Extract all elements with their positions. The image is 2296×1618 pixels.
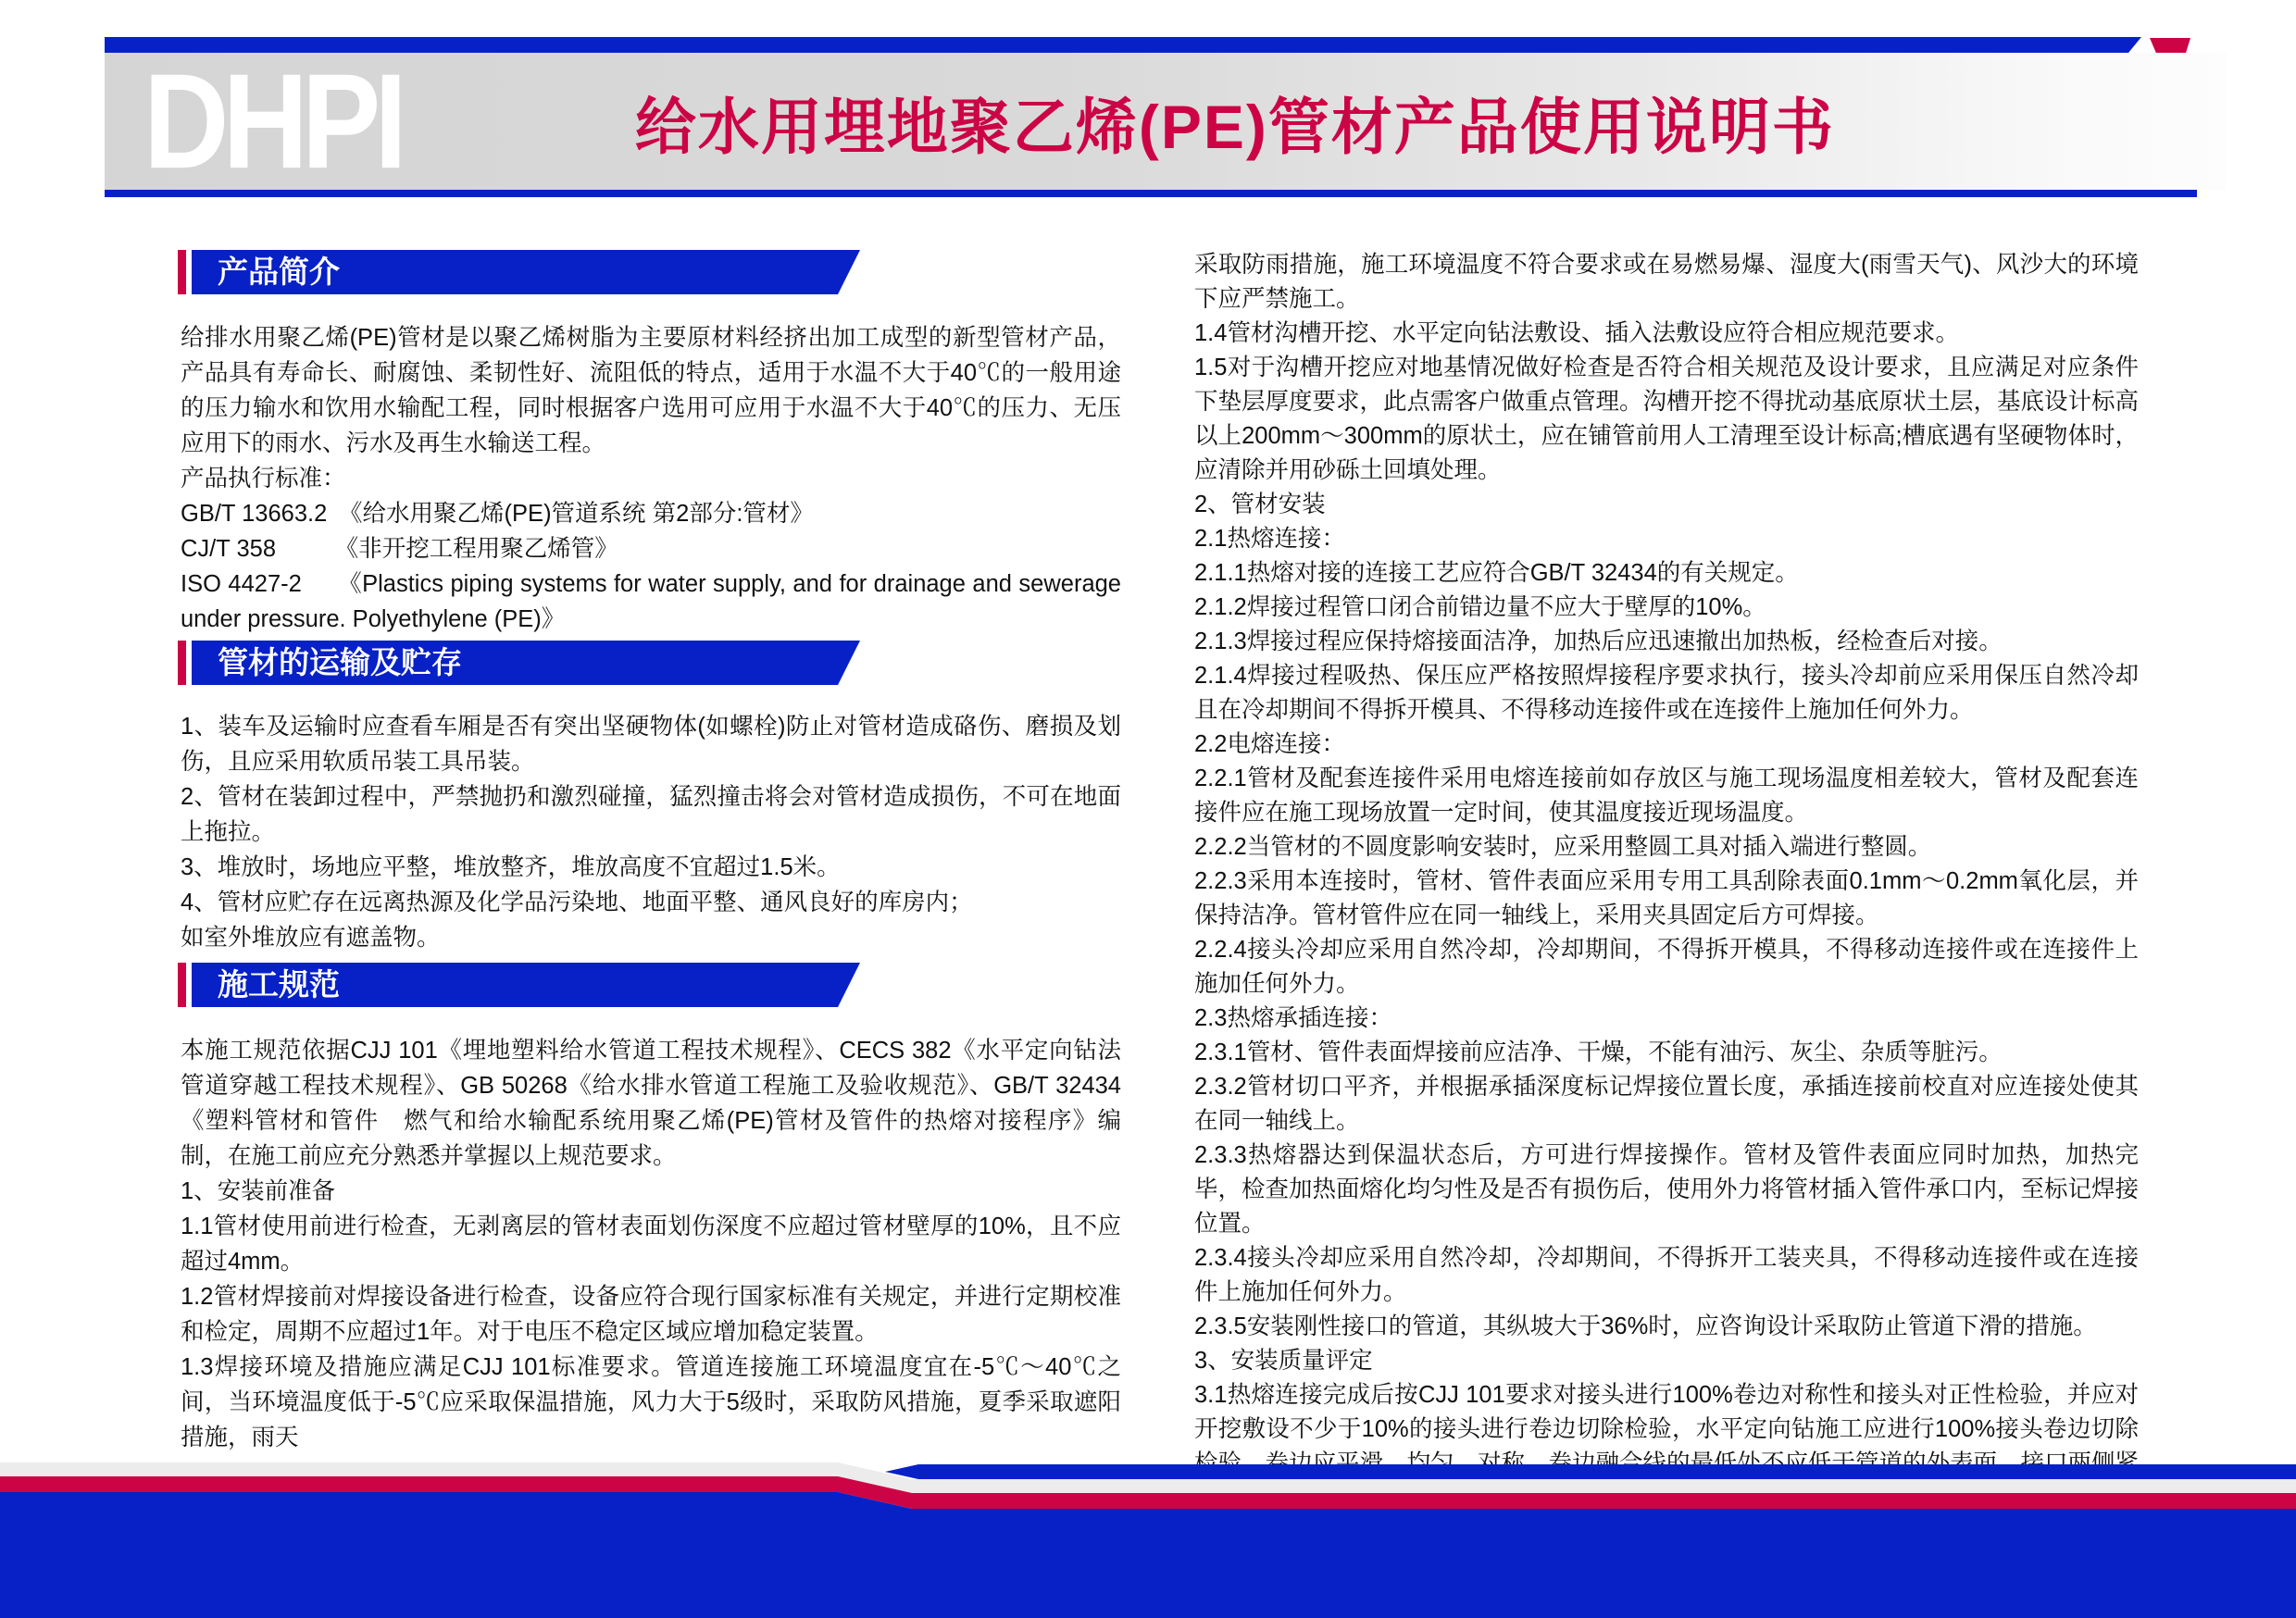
paragraph: 2.3.3热熔器达到保温状态后，方可进行焊接操作。管材及管件表面应同时加热，加热… [1194,1139,2139,1241]
banner-accent-bar [178,641,186,685]
section-banner: 产品简介 [178,250,860,294]
paragraph: 2.3.5安装刚性接口的管道，其纵坡大于36%时，应咨询设计采取防止管道下滑的措… [1194,1310,2139,1344]
paragraph: 产品执行标准： [181,461,1121,496]
paragraph: 1.3焊接环境及措施应满足CJJ 101标准要求。管道连接施工环境温度宜在-5℃… [181,1350,1121,1455]
right-column: 采取防雨措施，施工环境温度不符合要求或在易燃易爆、湿度大(雨雪天气)、风沙大的环… [1194,248,2139,1515]
section-heading: 产品简介 [192,250,860,294]
section-heading: 管材的运输及贮存 [192,641,860,685]
footer-thin-blue-bar [885,1464,2296,1479]
paragraph: 3、安装质量评定 [1194,1344,2139,1378]
paragraph: CJ/T 358 《非开挖工程用聚乙烯管》 [181,531,1121,566]
paragraph: 本施工规范依据CJJ 101《埋地塑料给水管道工程技术规程》、CECS 382《… [181,1033,1121,1174]
banner-accent-bar [178,963,186,1007]
paragraph: 2.3.4接头冷却应采用自然冷却，冷却期间，不得拆开工装夹具，不得移动连接件或在… [1194,1241,2139,1310]
paragraph: 2.2.4接头冷却应采用自然冷却，冷却期间，不得拆开模具，不得移动连接件或在连接… [1194,933,2139,1002]
paragraph: 2.1.4焊接过程吸热、保压应严格按照焊接程序要求执行，接头冷却前应采用保压自然… [1194,659,2139,728]
section-heading: 施工规范 [192,963,860,1007]
footer-stripes [0,1444,2296,1618]
paragraph: 2.2电熔连接： [1194,728,2139,762]
paragraph: 4、管材应贮存在远离热源及化学品污染地、地面平整、通风良好的库房内； [181,885,1121,920]
paragraph: 1.1管材使用前进行检查，无剥离层的管材表面划伤深度不应超过管材壁厚的10%，且… [181,1209,1121,1279]
paragraph: 给排水用聚乙烯(PE)管材是以聚乙烯树脂为主要原材料经挤出加工成型的新型管材产品… [181,320,1121,461]
paragraph: 2.2.1管材及配套连接件采用电熔连接前如存放区与施工现场温度相差较大，管材及配… [1194,762,2139,830]
paragraph: 2.1热熔连接： [1194,522,2139,556]
paragraph: 采取防雨措施，施工环境温度不符合要求或在易燃易爆、湿度大(雨雪天气)、风沙大的环… [1194,248,2139,317]
paragraph: 1.5对于沟槽开挖应对地基情况做好检查是否符合相关规范及设计要求，且应满足对应条… [1194,351,2139,488]
paragraph: 2.1.2焊接过程管口闭合前错边量不应大于壁厚的10%。 [1194,591,2139,625]
header-top-bar [105,37,2141,53]
text-block: 给排水用聚乙烯(PE)管材是以聚乙烯树脂为主要原材料经挤出加工成型的新型管材产品… [181,320,1121,637]
header-band: DHPI 给水用埋地聚乙烯(PE)管材产品使用说明书 [105,53,2227,190]
paragraph: 如室外堆放应有遮盖物。 [181,920,1121,955]
paragraph: 2.3.1管材、管件表面焊接前应洁净、干燥，不能有油污、灰尘、杂质等脏污。 [1194,1036,2139,1070]
paragraph: GB/T 13663.2 《给水用聚乙烯(PE)管道系统 第2部分:管材》 [181,496,1121,531]
paragraph: 2.3.2管材切口平齐，并根据承插深度标记焊接位置长度，承插连接前校直对应连接处… [1194,1070,2139,1139]
logo-dhpi: DHPI [143,44,401,199]
banner-accent-bar [178,250,186,294]
page-title: 给水用埋地聚乙烯(PE)管材产品使用说明书 [401,78,2069,166]
paragraph: 3、堆放时，场地应平整，堆放整齐，堆放高度不宜超过1.5米。 [181,850,1121,885]
paragraph: ISO 4427-2 《Plastics piping systems for … [181,566,1121,637]
paragraph: 1.4管材沟槽开挖、水平定向钻法敷设、插入法敷设应符合相应规范要求。 [1194,317,2139,351]
footer-blue-block [0,1492,2296,1618]
paragraph: 2.3热熔承插连接： [1194,1002,2139,1036]
paragraph: 1.2管材焊接前对焊接设备进行检查，设备应符合现行国家标准有关规定，并进行定期校… [181,1279,1121,1350]
paragraph: 2.2.2当管材的不圆度影响安装时，应采用整圆工具对插入端进行整圆。 [1194,830,2139,865]
paragraph: 2.2.3采用本连接时，管材、管件表面应采用专用工具刮除表面0.1mm～0.2m… [1194,865,2139,933]
paragraph: 2.1.1热熔对接的连接工艺应符合GB/T 32434的有关规定。 [1194,556,2139,591]
paragraph: 2、管材在装卸过程中，严禁抛扔和激烈碰撞，猛烈撞击将会对管材造成损伤，不可在地面… [181,779,1121,850]
header-underline [105,190,2197,197]
text-block: 1、装车及运输时应查看车厢是否有突出坚硬物体(如螺栓)防止对管材造成硌伤、磨损及… [181,709,1121,955]
paragraph: 2.1.3焊接过程应保持熔接面洁净，加热后应迅速撤出加热板，经检查后对接。 [1194,625,2139,659]
section-banner: 施工规范 [178,963,860,1007]
section-banner: 管材的运输及贮存 [178,641,860,685]
text-block: 本施工规范依据CJJ 101《埋地塑料给水管道工程技术规程》、CECS 382《… [181,1033,1121,1455]
paragraph: 1、装车及运输时应查看车厢是否有突出坚硬物体(如螺栓)防止对管材造成硌伤、磨损及… [181,709,1121,779]
paragraph: 2、管材安装 [1194,488,2139,522]
page: DHPI 给水用埋地聚乙烯(PE)管材产品使用说明书 产品简介给排水用聚乙烯(P… [0,0,2296,1618]
paragraph: 1、安装前准备 [181,1174,1121,1209]
